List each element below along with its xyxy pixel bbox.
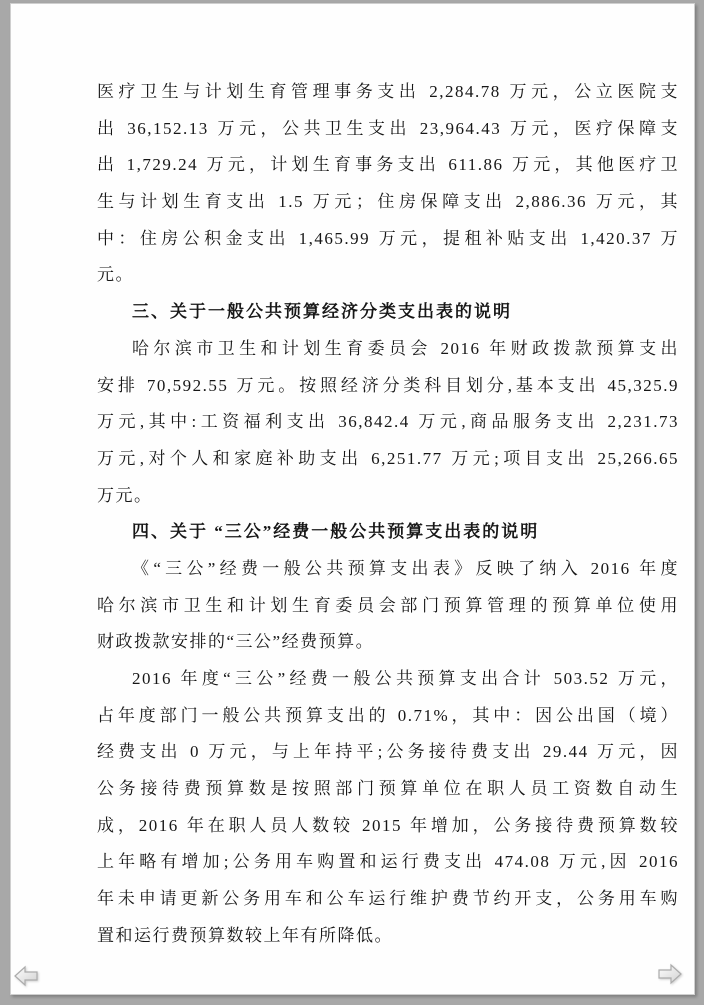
arrow-right-icon <box>657 962 683 986</box>
prev-page-button[interactable] <box>12 964 40 990</box>
document-line: 出 1,729.24 万元，计划生育事务支出 611.86 万元，其他医疗卫 <box>97 147 679 184</box>
section-heading: 四、关于 “三公”经费一般公共预算支出表的说明 <box>97 514 679 551</box>
section-heading: 三、关于一般公共预算经济分类支出表的说明 <box>97 294 679 331</box>
document-line: 万元。 <box>97 478 679 515</box>
document-page: 医疗卫生与计划生育管理事务支出 2,284.78 万元，公立医院支 出 36,1… <box>10 3 695 995</box>
document-line: 上年略有增加;公务用车购置和运行费支出 474.08 万元,因 2016 <box>97 844 679 881</box>
document-line: 年未申请更新公务用车和公车运行维护费节约开支，公务用车购 <box>97 881 679 918</box>
document-line: 公务接待费预算数是按照部门预算单位在职人员工资数自动生 <box>97 771 679 808</box>
document-body: 医疗卫生与计划生育管理事务支出 2,284.78 万元，公立医院支 出 36,1… <box>97 74 679 955</box>
document-line: 财政拨款安排的“三公”经费预算。 <box>97 624 679 661</box>
document-line: 出 36,152.13 万元，公共卫生支出 23,964.43 万元，医疗保障支 <box>97 111 679 148</box>
document-line: 成，2016 年在职人员人数较 2015 年增加，公务接待费预算数较 <box>97 808 679 845</box>
arrow-left-icon <box>13 964 39 988</box>
document-line: 元。 <box>97 257 679 294</box>
document-viewer: 医疗卫生与计划生育管理事务支出 2,284.78 万元，公立医院支 出 36,1… <box>0 0 704 1005</box>
document-line: 安排 70,592.55 万元。按照经济分类科目划分,基本支出 45,325.9 <box>97 368 679 405</box>
document-line: 置和运行费预算数较上年有所降低。 <box>97 918 679 955</box>
document-line: 哈尔滨市卫生和计划生育委员会 2016 年财政拨款预算支出 <box>97 331 679 368</box>
document-line: 哈尔滨市卫生和计划生育委员会部门预算管理的预算单位使用 <box>97 588 679 625</box>
document-line: 《“三公”经费一般公共预算支出表》反映了纳入 2016 年度 <box>97 551 679 588</box>
document-line: 医疗卫生与计划生育管理事务支出 2,284.78 万元，公立医院支 <box>97 74 679 111</box>
document-line: 中：住房公积金支出 1,465.99 万元，提租补贴支出 1,420.37 万 <box>97 221 679 258</box>
document-line: 2016 年度“三公”经费一般公共预算支出合计 503.52 万元， <box>97 661 679 698</box>
document-line: 万元,其中:工资福利支出 36,842.4 万元,商品服务支出 2,231.73 <box>97 404 679 441</box>
document-line: 占年度部门一般公共预算支出的 0.71%，其中：因公出国（境） <box>97 698 679 735</box>
document-line: 生与计划生育支出 1.5 万元；住房保障支出 2,886.36 万元，其 <box>97 184 679 221</box>
next-page-button[interactable] <box>656 962 684 988</box>
document-line: 经费支出 0 万元，与上年持平;公务接待费支出 29.44 万元，因 <box>97 734 679 771</box>
document-line: 万元,对个人和家庭补助支出 6,251.77 万元;项目支出 25,266.65 <box>97 441 679 478</box>
